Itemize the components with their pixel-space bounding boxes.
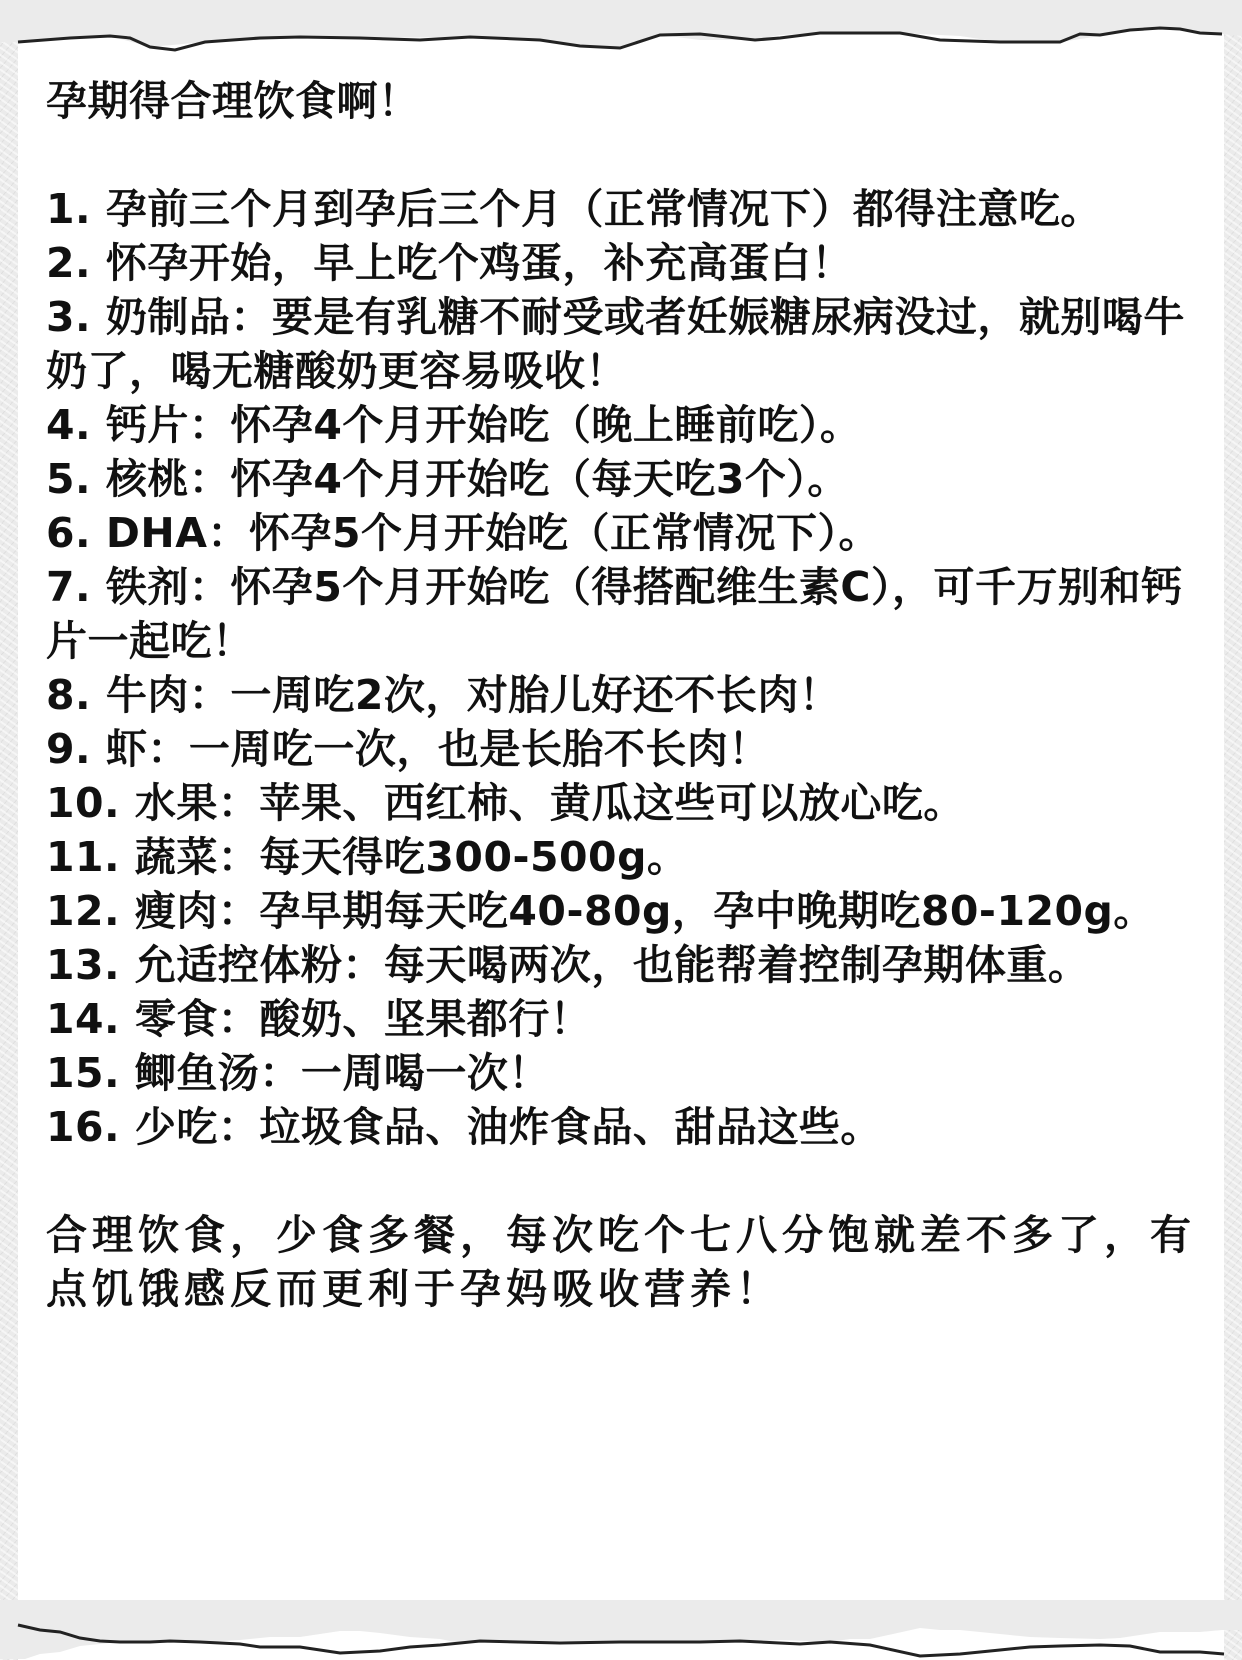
list-item: 5. 核桃：怀孕4个月开始吃（每天吃3个）。 <box>46 452 1206 506</box>
list-item: 2. 怀孕开始，早上吃个鸡蛋，补充高蛋白！ <box>46 236 1206 290</box>
list-item: 8. 牛肉：一周吃2次，对胎儿好还不长肉！ <box>46 668 1206 722</box>
list-item: 1. 孕前三个月到孕后三个月（正常情况下）都得注意吃。 <box>46 182 1206 236</box>
spacer <box>46 128 1206 182</box>
list-item: 4. 钙片：怀孕4个月开始吃（晚上睡前吃）。 <box>46 398 1206 452</box>
list-item: 10. 水果：苹果、西红柿、黄瓜这些可以放心吃。 <box>46 776 1206 830</box>
torn-edge-bottom <box>0 1600 1242 1660</box>
list-item: 6. DHA：怀孕5个月开始吃（正常情况下）。 <box>46 506 1206 560</box>
list-item: 3. 奶制品：要是有乳糖不耐受或者妊娠糖尿病没过，就别喝牛奶了，喝无糖酸奶更容易… <box>46 290 1206 398</box>
article-title: 孕期得合理饮食啊！ <box>46 74 1206 128</box>
list-item: 13. 允适控体粉：每天喝两次，也能帮着控制孕期体重。 <box>46 938 1206 992</box>
list-item: 14. 零食：酸奶、坚果都行！ <box>46 992 1206 1046</box>
list-item: 15. 鲫鱼汤：一周喝一次！ <box>46 1046 1206 1100</box>
list-item: 16. 少吃：垃圾食品、油炸食品、甜品这些。 <box>46 1100 1206 1154</box>
list-item: 9. 虾：一周吃一次，也是长胎不长肉！ <box>46 722 1206 776</box>
article-body: 孕期得合理饮食啊！ 1. 孕前三个月到孕后三个月（正常情况下）都得注意吃。 2.… <box>46 74 1206 1316</box>
list-item: 12. 瘦肉：孕早期每天吃40-80g，孕中晚期吃80-120g。 <box>46 884 1206 938</box>
list-item: 11. 蔬菜：每天得吃300-500g。 <box>46 830 1206 884</box>
list-item: 7. 铁剂：怀孕5个月开始吃（得搭配维生素C），可千万别和钙片一起吃！ <box>46 560 1206 668</box>
spacer <box>46 1154 1206 1208</box>
torn-edge-top <box>0 0 1242 70</box>
summary-paragraph: 合理饮食，少食多餐，每次吃个七八分饱就差不多了，有点饥饿感反而更利于孕妈吸收营养… <box>46 1208 1206 1316</box>
